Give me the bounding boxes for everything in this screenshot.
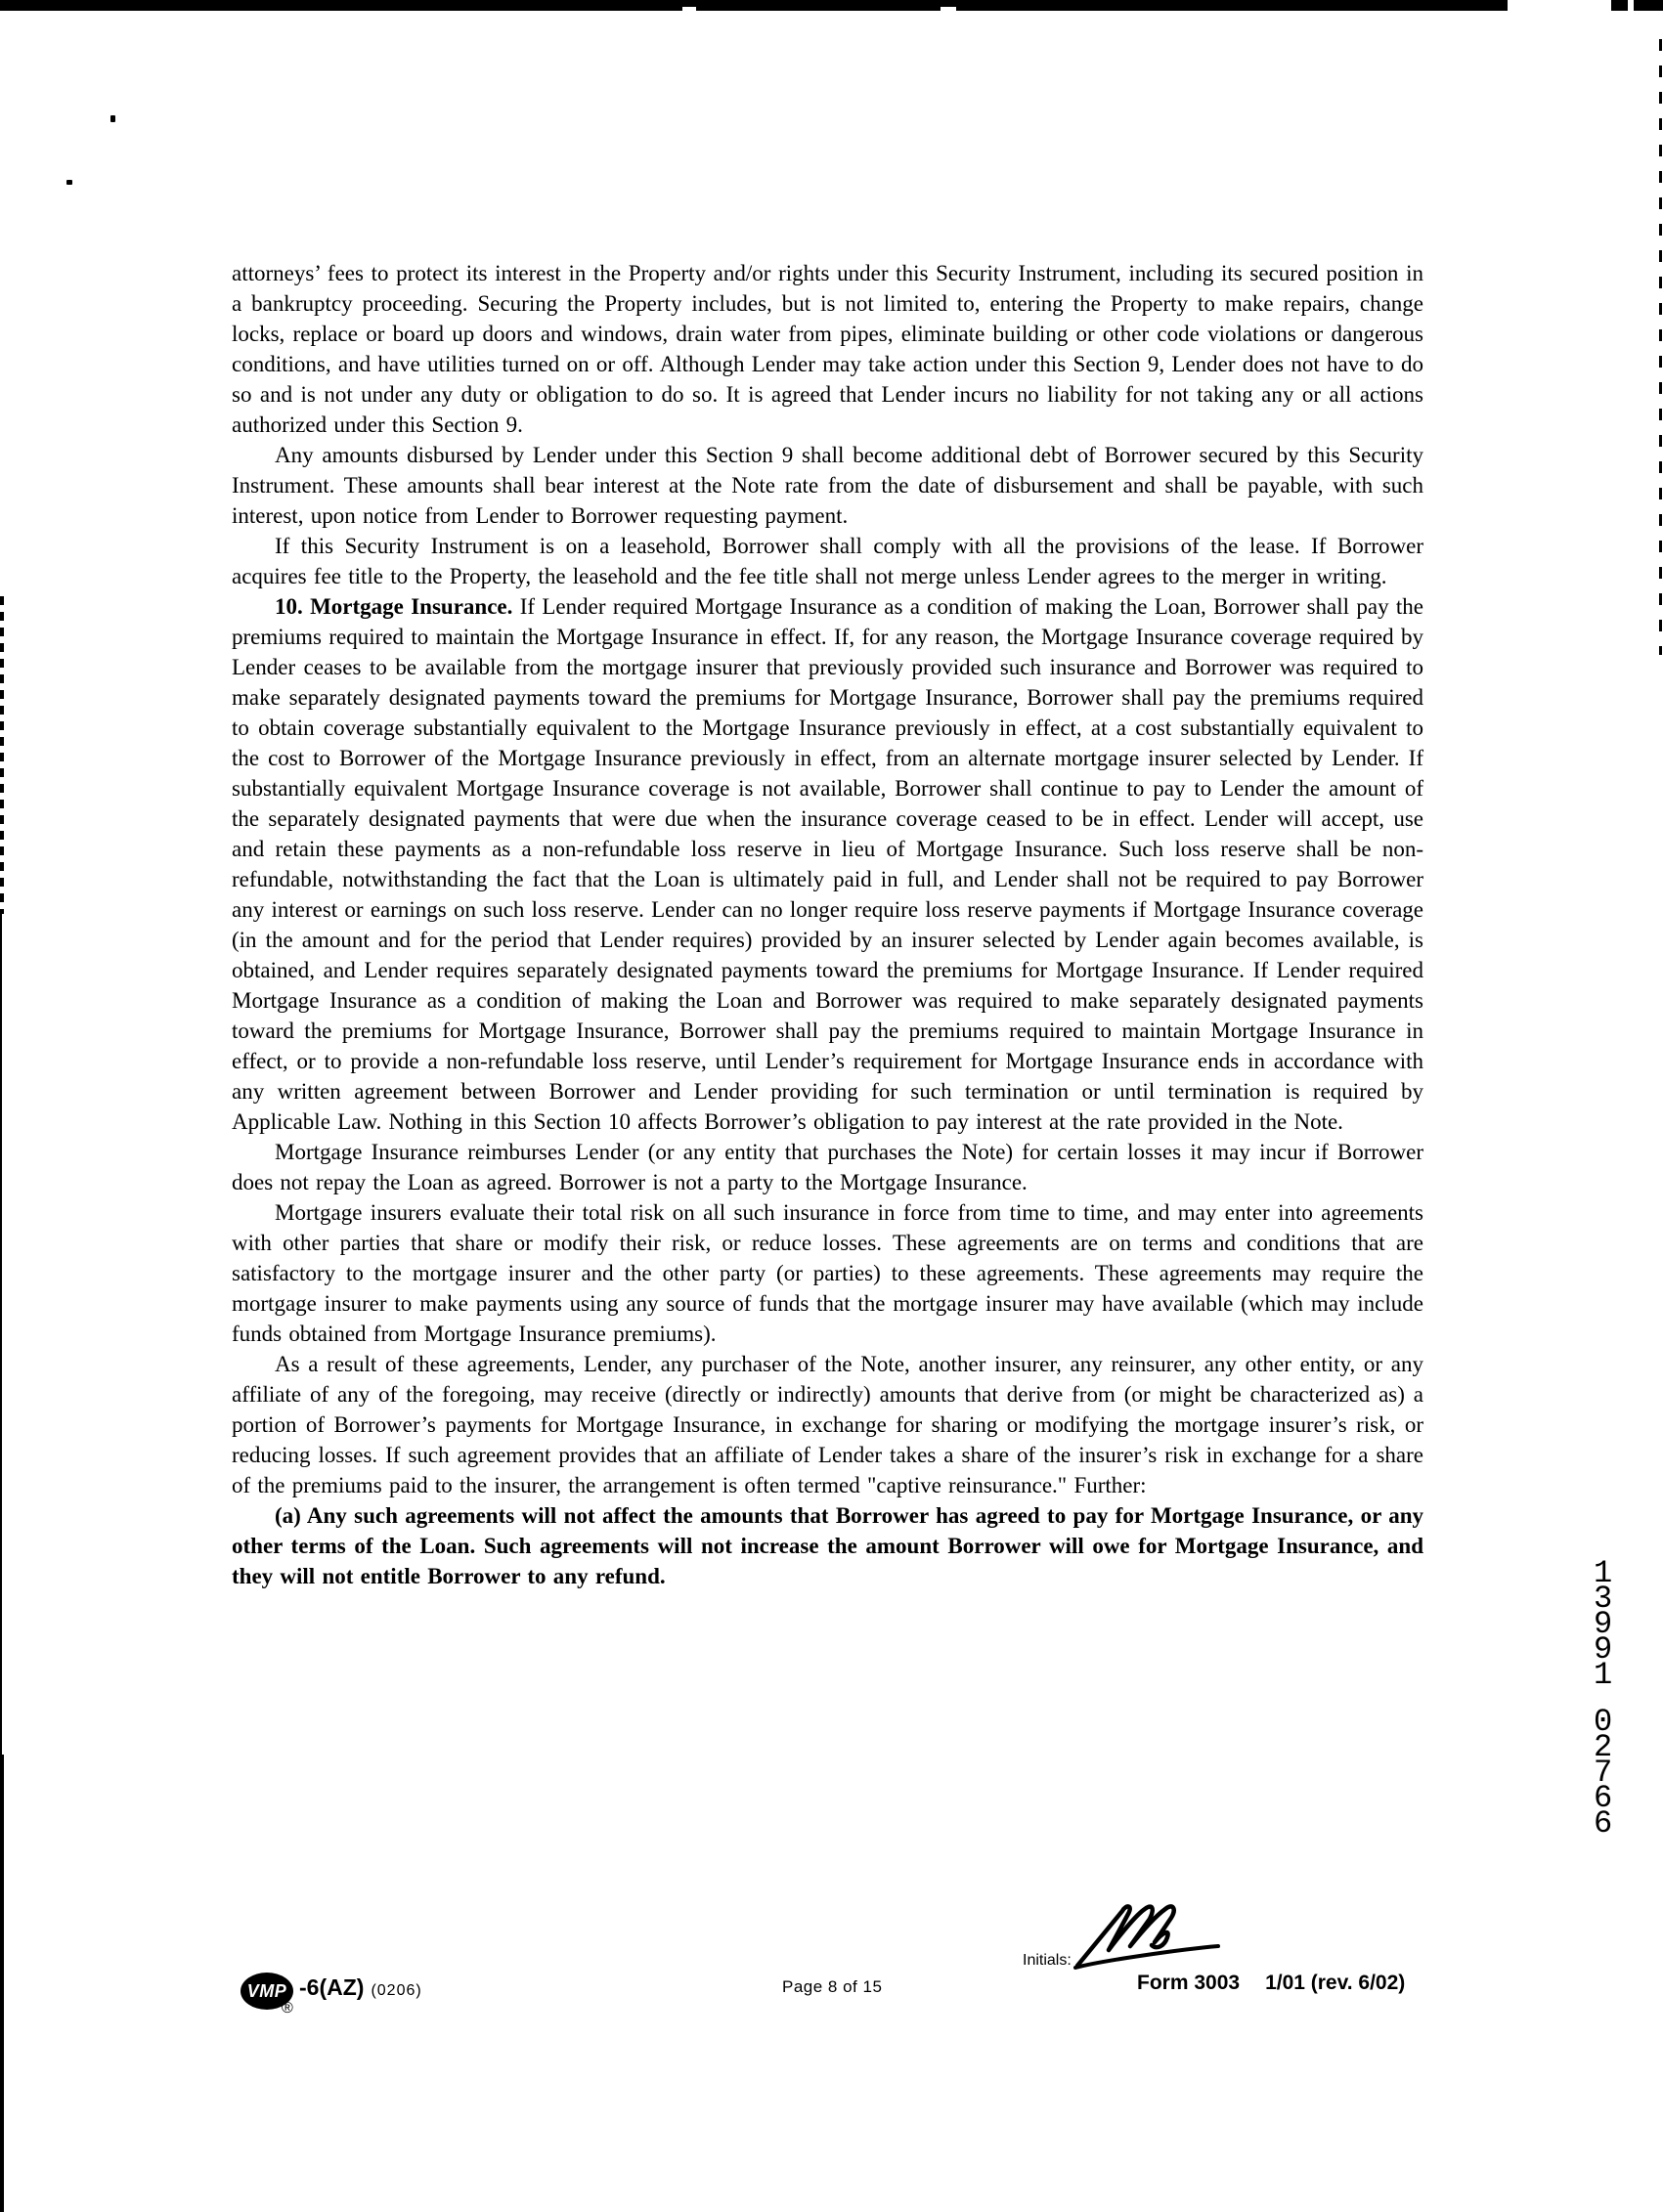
document-body: attorneys’ fees to protect its interest …: [232, 258, 1423, 1591]
paragraph: Mortgage Insurance reimburses Lender (or…: [232, 1137, 1423, 1197]
paragraph: attorneys’ fees to protect its interest …: [232, 258, 1423, 440]
paragraph: If this Security Instrument is on a leas…: [232, 531, 1423, 591]
form-identifier: Form 3003 1/01 (rev. 6/02): [1137, 1972, 1405, 1995]
paragraph: Any amounts disbursed by Lender under th…: [232, 440, 1423, 531]
scan-artifact-left-edge: [0, 1755, 4, 2212]
paragraph: Mortgage insurers evaluate their total r…: [232, 1197, 1423, 1349]
scan-artifact-notch: [941, 7, 956, 11]
paragraph: (a) Any such agreements will not affect …: [232, 1500, 1423, 1591]
scan-artifact-left-edge: [0, 914, 2, 1755]
margin-reference-number: 1399102766: [1594, 1561, 1612, 1837]
scan-artifact-top-bar-segment: [1634, 0, 1663, 11]
initials-label: Initials:: [1023, 1952, 1072, 1970]
scan-artifact-speck: [66, 180, 72, 185]
page-indicator: Page 8 of 15: [782, 1977, 882, 1997]
scan-artifact-speck: [110, 115, 115, 122]
paragraph: 10. Mortgage Insurance. If Lender requir…: [232, 591, 1423, 1137]
vmp-logo-text: VMP: [247, 1981, 287, 2002]
scan-artifact-left-edge: [0, 596, 4, 914]
scan-artifact-right-edge: [1659, 39, 1662, 655]
document-page: attorneys’ fees to protect its interest …: [0, 0, 1663, 2212]
scan-artifact-top-bar-segment: [1611, 0, 1628, 11]
scan-artifact-top-bar: [0, 0, 1508, 11]
registered-trademark-symbol: ®: [282, 2000, 293, 2017]
initials-signature: [1068, 1900, 1226, 1973]
form-revision: 1/01 (rev. 6/02): [1265, 1972, 1405, 1995]
paragraph: As a result of these agreements, Lender,…: [232, 1349, 1423, 1500]
scan-artifact-notch: [682, 7, 696, 11]
form-code: -6(AZ)(0206): [299, 1974, 422, 2001]
form-number: Form 3003: [1137, 1972, 1240, 1995]
paragraph-lead: 10. Mortgage Insurance.: [275, 594, 520, 619]
form-code-note: (0206): [371, 1982, 421, 1999]
